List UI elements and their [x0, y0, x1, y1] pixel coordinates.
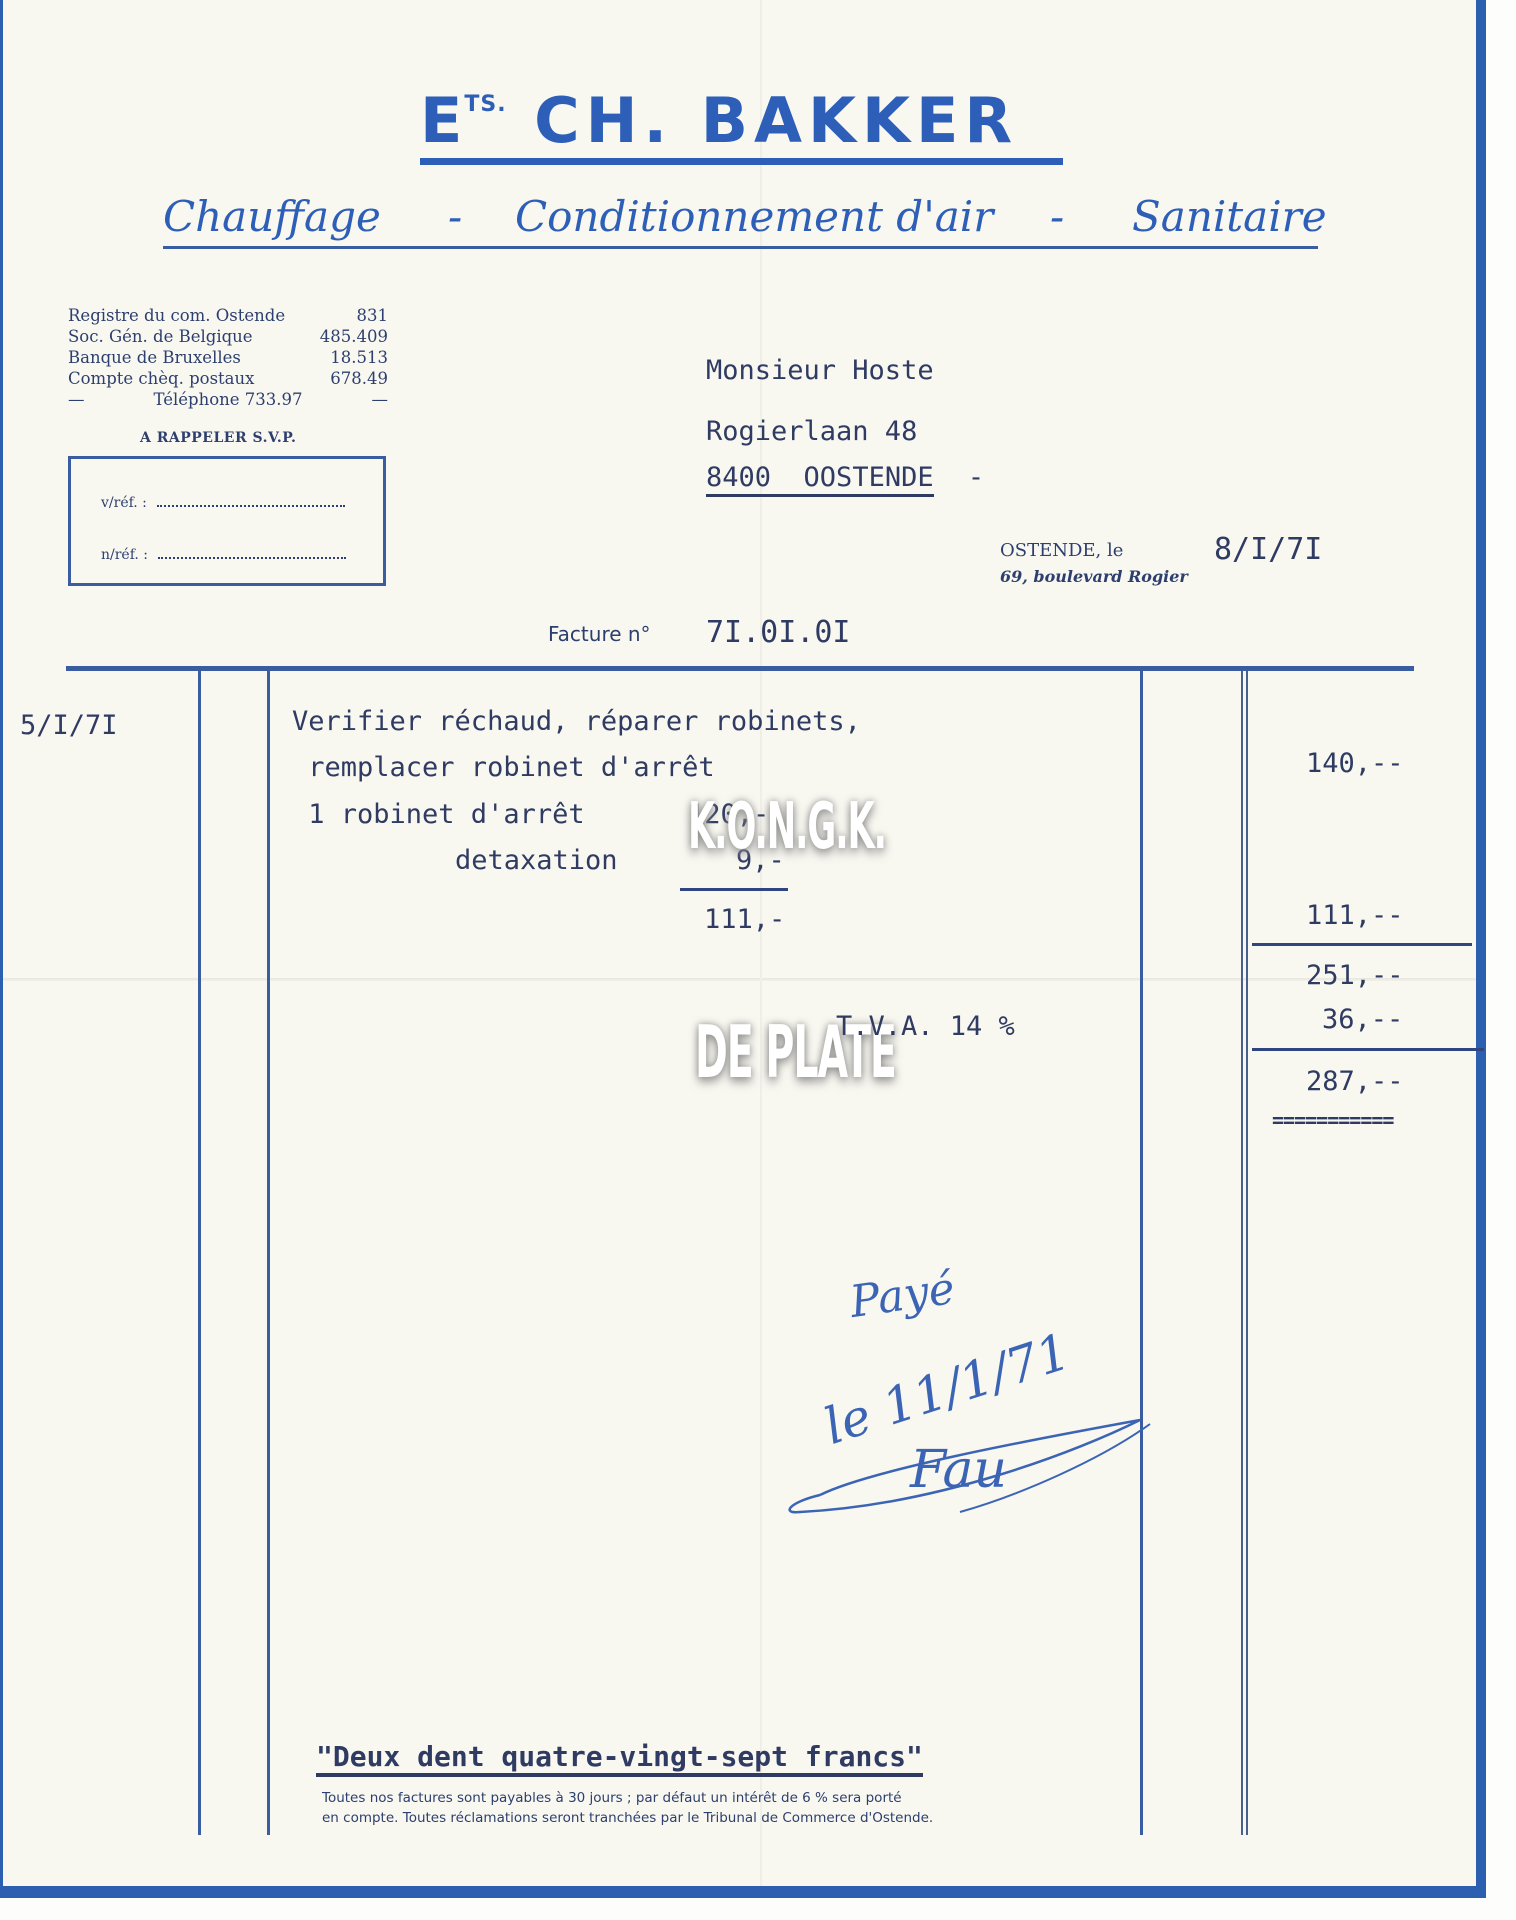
tagline-underline	[163, 246, 1318, 249]
registration-row: Banque de Bruxelles18.513	[68, 347, 388, 368]
your-reference-dotted-field	[157, 495, 345, 507]
registration-row: Registre du com. Ostende831	[68, 305, 388, 326]
telephone-row: —Téléphone 733.97—	[68, 389, 388, 410]
invoice-number-label: Facture n°	[548, 622, 651, 646]
recipient-postcode: 8400	[706, 462, 771, 497]
vat-label: T.V.A. 14 %	[836, 1011, 1015, 1042]
amount-material: 111,--	[1306, 900, 1404, 931]
recipient-city: OOSTENDE	[804, 462, 934, 497]
registration-row: Soc. Gén. de Belgique485.409	[68, 326, 388, 347]
column-divider	[1140, 671, 1143, 1835]
paper-fold-vertical	[760, 0, 762, 1886]
recipient-street: Rogierlaan 48	[706, 416, 917, 447]
amount-total: 287,--	[1306, 1066, 1404, 1097]
reference-box: v/réf. : n/réf. :	[68, 456, 386, 586]
recipient-name: Monsieur Hoste	[706, 355, 934, 386]
registration-details: Registre du com. Ostende831 Soc. Gén. de…	[68, 305, 388, 410]
amount-in-words: "Deux dent quatre-vingt-sept francs"	[316, 1741, 923, 1777]
our-reference-dotted-field	[158, 547, 346, 559]
amount-vat: 36,--	[1322, 1004, 1403, 1035]
subtotal-rule	[680, 888, 788, 891]
company-prefix: E	[420, 84, 468, 157]
column-divider	[198, 671, 201, 1835]
service-sanitary: Sanitaire	[1132, 192, 1327, 241]
page-border-right	[1476, 0, 1486, 1898]
paper-fold-horizontal	[0, 978, 1480, 981]
payment-terms: Toutes nos factures sont payables à 30 j…	[322, 1788, 1092, 1828]
service-separator: -	[448, 192, 462, 241]
reference-heading: A RAPPELER S.V.P.	[140, 430, 296, 446]
page-border-bottom	[0, 1886, 1486, 1898]
company-name: ETS. CH. BAKKER	[420, 84, 1018, 157]
column-divider	[267, 671, 270, 1835]
description-line: 1 robinet d'arrêt	[292, 799, 585, 830]
company-name-text: CH. BAKKER	[534, 84, 1018, 157]
registration-row: Compte chèq. postaux678.49	[68, 368, 388, 389]
amount-subtotal: 251,--	[1306, 960, 1404, 991]
watermark-text: K.O.N.G.K.	[688, 790, 886, 864]
column-divider-double	[1241, 671, 1243, 1835]
service-air-conditioning: Conditionnement d'air	[515, 192, 993, 241]
total-double-rule: ===========	[1272, 1108, 1393, 1132]
company-name-underline	[420, 158, 1063, 165]
total-rule	[1252, 1048, 1484, 1051]
subtotal-rule	[1252, 943, 1472, 946]
column-divider-double	[1246, 671, 1248, 1835]
recipient-city-line: 8400 OOSTENDE -	[706, 462, 984, 493]
issuer-street: 69, boulevard Rogier	[1000, 567, 1188, 586]
service-heating: Chauffage	[163, 192, 381, 241]
invoice-paper	[0, 0, 1482, 1896]
invoice-number: 7I.0I.0I	[706, 615, 851, 650]
description-line: Verifier réchaud, réparer robinets,	[292, 706, 861, 737]
page-border-left	[0, 0, 3, 1898]
description-line: detaxation	[455, 845, 618, 876]
our-reference: n/réf. :	[101, 547, 346, 563]
signature-flourish-icon	[780, 1400, 1160, 1540]
issue-city: OSTENDE, le	[1000, 540, 1123, 561]
service-date: 5/I/7I	[20, 710, 118, 741]
description-line: remplacer robinet d'arrêt	[292, 752, 715, 783]
company-prefix-sup: TS.	[464, 92, 506, 117]
invoice-date: 8/I/7I	[1214, 532, 1322, 567]
your-reference: v/réf. :	[101, 495, 345, 511]
service-separator: -	[1050, 192, 1064, 241]
sub-amount-net: 111,-	[704, 904, 785, 935]
amount-labour: 140,--	[1306, 748, 1404, 779]
